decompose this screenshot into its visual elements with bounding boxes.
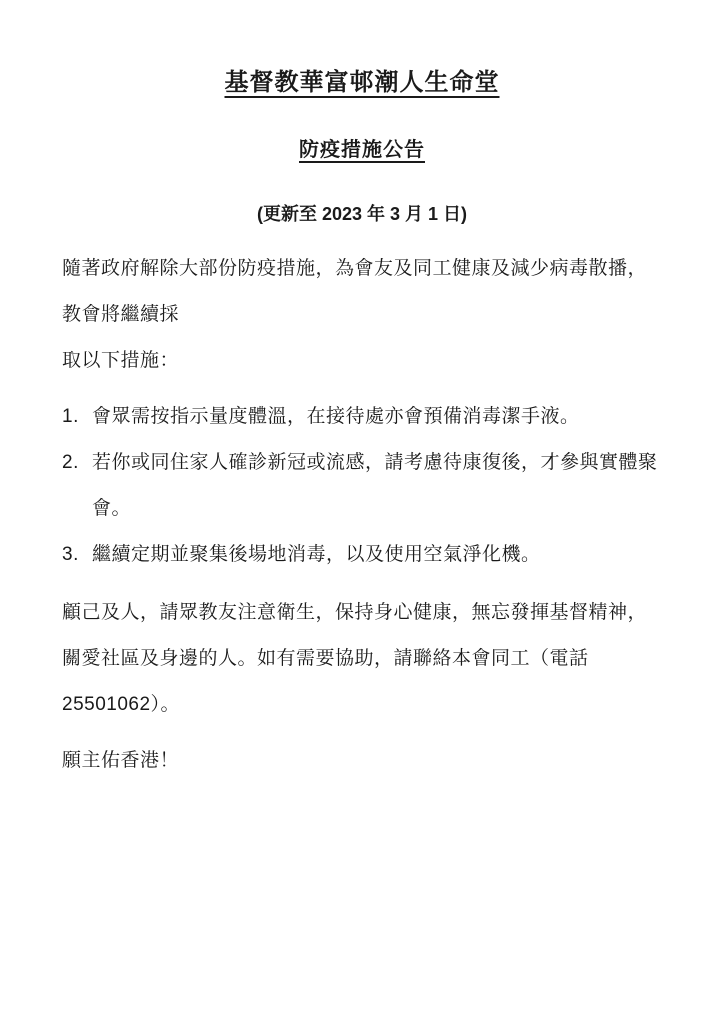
- document-title: 基督教華富邨潮人生命堂: [62, 62, 662, 97]
- closing-line: 顧己及人，請眾教友注意衛生，保持身心健康，無忘發揮基督精神，: [62, 590, 662, 636]
- update-date: (更新至 2023 年 3 月 1 日): [62, 200, 662, 226]
- measure-number: 3.: [62, 532, 92, 578]
- measures-list: 1. 會眾需按指示量度體溫，在接待處亦會預備消毒潔手液。 2. 若你或同住家人確…: [62, 394, 662, 578]
- document-page: 基督教華富邨潮人生命堂 防疫措施公告 (更新至 2023 年 3 月 1 日) …: [0, 0, 724, 1024]
- intro-line: 取以下措施：: [62, 338, 662, 384]
- closing-paragraph: 顧己及人，請眾教友注意衛生，保持身心健康，無忘發揮基督精神， 關愛社區及身邊的人…: [62, 590, 662, 728]
- measure-text: 繼續定期並聚集後場地消毒，以及使用空氣淨化機。: [92, 532, 541, 578]
- measure-number: 1.: [62, 394, 92, 440]
- closing-line: 關愛社區及身邊的人。如有需要協助，請聯絡本會同工（電話 25501062）。: [62, 636, 662, 728]
- intro-line: 隨著政府解除大部份防疫措施，為會友及同工健康及減少病毒散播，教會將繼續採: [62, 246, 662, 338]
- measure-item: 2. 若你或同住家人確診新冠或流感，請考慮待康復後，才參與實體聚會。: [62, 440, 662, 532]
- measure-text: 會眾需按指示量度體溫，在接待處亦會預備消毒潔手液。: [92, 394, 580, 440]
- measure-item: 3. 繼續定期並聚集後場地消毒，以及使用空氣淨化機。: [62, 532, 662, 578]
- document-subtitle: 防疫措施公告: [62, 133, 662, 162]
- blessing-line: 願主佑香港！: [62, 738, 662, 784]
- intro-paragraph: 隨著政府解除大部份防疫措施，為會友及同工健康及減少病毒散播，教會將繼續採 取以下…: [62, 246, 662, 384]
- measure-text: 若你或同住家人確診新冠或流感，請考慮待康復後，才參與實體聚會。: [92, 440, 662, 532]
- measure-number: 2.: [62, 440, 92, 532]
- measure-item: 1. 會眾需按指示量度體溫，在接待處亦會預備消毒潔手液。: [62, 394, 662, 440]
